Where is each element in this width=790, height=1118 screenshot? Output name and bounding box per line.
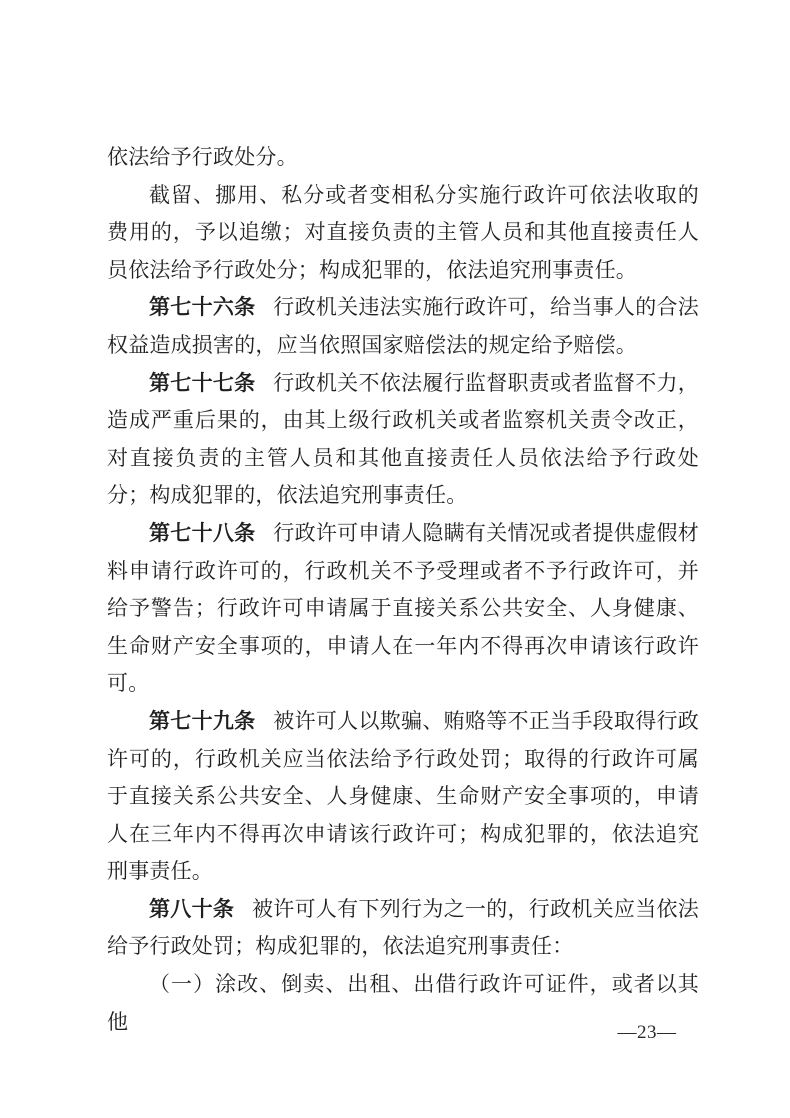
paragraph-text: 依法给予行政处分。 bbox=[107, 145, 298, 169]
article-number: 第七十六条 bbox=[149, 295, 255, 319]
article-number: 第七十八条 bbox=[149, 521, 255, 545]
page-body: 依法给予行政处分。 截留、挪用、私分或者变相私分实施行政许可依法收取的费用的，予… bbox=[107, 139, 699, 1041]
paragraph: 第八十条被许可人有下列行为之一的，行政机关应当依法给予行政处罚；构成犯罪的，依法… bbox=[107, 891, 699, 966]
paragraph-text: 行政许可申请人隐瞒有关情况或者提供虚假材料申请行政许可的，行政机关不予受理或者不… bbox=[107, 521, 699, 695]
paragraph: 第七十七条行政机关不依法履行监督职责或者监督不力，造成严重后果的，由其上级行政机… bbox=[107, 365, 699, 515]
page-number: —23— bbox=[612, 1022, 682, 1044]
article-number: 第七十九条 bbox=[149, 709, 255, 733]
article-number: 第八十条 bbox=[149, 897, 234, 921]
paragraph-text: 截留、挪用、私分或者变相私分实施行政许可依法收取的费用的，予以追缴；对直接负责的… bbox=[107, 183, 699, 282]
paragraph: 第七十六条行政机关违法实施行政许可，给当事人的合法权益造成损害的，应当依照国家赔… bbox=[107, 289, 699, 364]
paragraph: 依法给予行政处分。 bbox=[107, 139, 699, 177]
paragraph-text: （一）涂改、倒卖、出租、出借行政许可证件，或者以其他 bbox=[107, 972, 699, 1034]
document-page: 依法给予行政处分。 截留、挪用、私分或者变相私分实施行政许可依法收取的费用的，予… bbox=[0, 0, 790, 1118]
article-number: 第七十七条 bbox=[149, 371, 255, 395]
paragraph: 第七十九条被许可人以欺骗、贿赂等不正当手段取得行政许可的，行政机关应当依法给予行… bbox=[107, 703, 699, 891]
paragraph: 截留、挪用、私分或者变相私分实施行政许可依法收取的费用的，予以追缴；对直接负责的… bbox=[107, 177, 699, 290]
paragraph: 第七十八条行政许可申请人隐瞒有关情况或者提供虚假材料申请行政许可的，行政机关不予… bbox=[107, 515, 699, 703]
paragraph-text: 被许可人以欺骗、贿赂等不正当手段取得行政许可的，行政机关应当依法给予行政处罚；取… bbox=[107, 709, 699, 883]
paragraph: （一）涂改、倒卖、出租、出借行政许可证件，或者以其他 bbox=[107, 966, 699, 1041]
